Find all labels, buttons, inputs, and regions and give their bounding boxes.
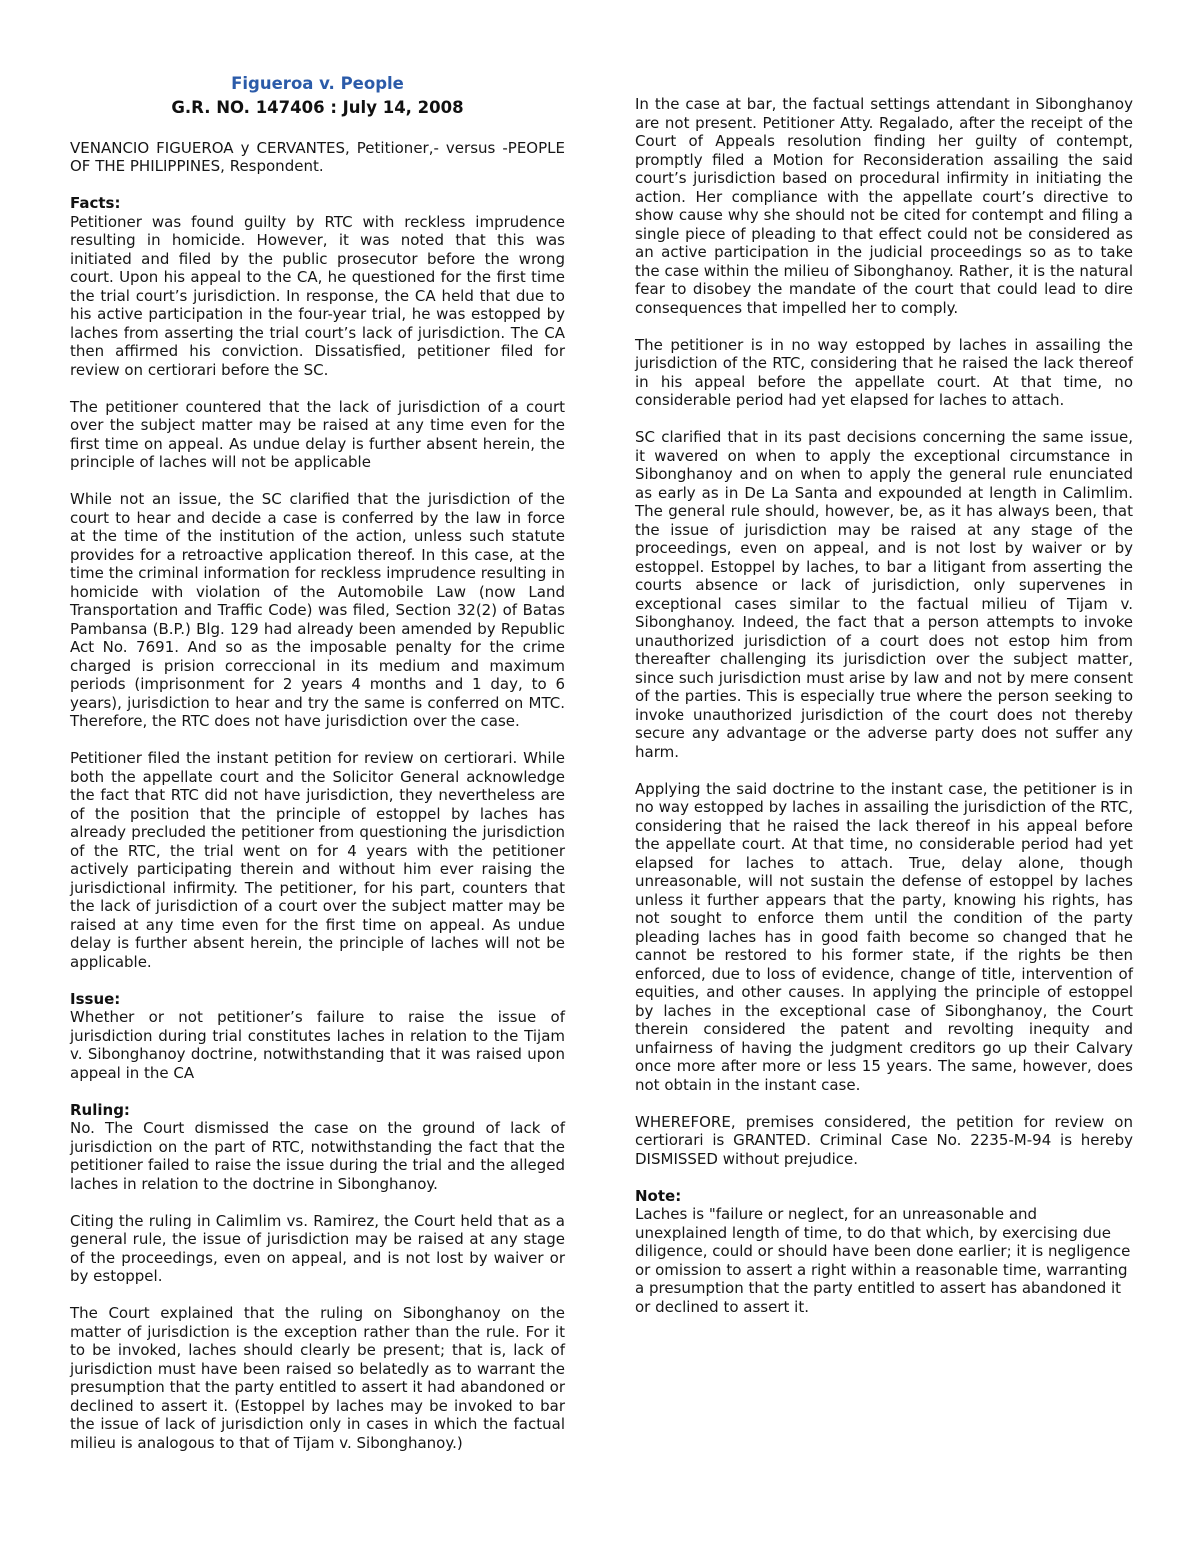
document-header: Figueroa v. People G.R. NO. 147406 : Jul… bbox=[70, 72, 565, 120]
ruling-paragraph-4: In the case at bar, the factual settings… bbox=[635, 95, 1133, 317]
gr-number-line: G.R. NO. 147406 : July 14, 2008 bbox=[70, 96, 565, 120]
facts-paragraph-2: The petitioner countered that the lack o… bbox=[70, 398, 565, 472]
facts-paragraph-1: Petitioner was found guilty by RTC with … bbox=[70, 213, 565, 380]
parties-paragraph: VENANCIO FIGUEROA y CERVANTES, Petitione… bbox=[70, 139, 565, 176]
ruling-paragraph-1: No. The Court dismissed the case on the … bbox=[70, 1119, 565, 1193]
right-column: In the case at bar, the factual settings… bbox=[635, 95, 1133, 1452]
ruling-paragraph-5: The petitioner is in no way estopped by … bbox=[635, 336, 1133, 410]
dispositive-paragraph: WHEREFORE, premises considered, the peti… bbox=[635, 1113, 1133, 1169]
note-heading: Note: bbox=[635, 1187, 1133, 1206]
facts-heading: Facts: bbox=[70, 194, 565, 213]
facts-paragraph-3: While not an issue, the SC clarified tha… bbox=[70, 490, 565, 731]
note-paragraph: Laches is "failure or neglect, for an un… bbox=[635, 1205, 1133, 1316]
left-column: Figueroa v. People G.R. NO. 147406 : Jul… bbox=[70, 72, 565, 1452]
case-title: Figueroa v. People bbox=[70, 72, 565, 96]
ruling-paragraph-2: Citing the ruling in Calimlim vs. Ramire… bbox=[70, 1212, 565, 1286]
issue-heading: Issue: bbox=[70, 990, 565, 1009]
ruling-paragraph-6: SC clarified that in its past decisions … bbox=[635, 428, 1133, 761]
document-page: Figueroa v. People G.R. NO. 147406 : Jul… bbox=[0, 0, 1200, 1492]
ruling-paragraph-3: The Court explained that the ruling on S… bbox=[70, 1304, 565, 1452]
issue-paragraph: Whether or not petitioner’s failure to r… bbox=[70, 1008, 565, 1082]
ruling-heading: Ruling: bbox=[70, 1101, 565, 1120]
ruling-paragraph-7: Applying the said doctrine to the instan… bbox=[635, 780, 1133, 1095]
facts-paragraph-4: Petitioner filed the instant petition fo… bbox=[70, 749, 565, 971]
